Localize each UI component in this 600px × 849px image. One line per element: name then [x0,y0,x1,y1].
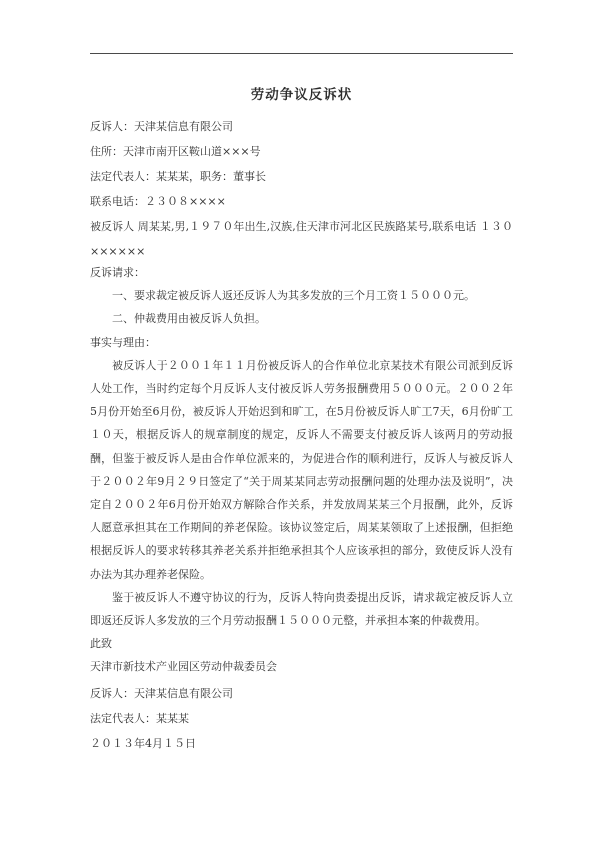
closing-salute: 此致 [90,632,513,655]
facts-paragraph: 被反诉人于２００１年１１月份被反诉人的合作单位北京某技术有限公司派到反诉人处工作… [90,354,513,586]
signature-section: 反诉人：天津某信息有限公司 法定代表人：某某某 ２０１３年4月１５日 [90,682,513,757]
party-line-respondent: 被反诉人 周某某,男,１９７０年出生,汉族,住天津市河北区民族路某号,联系电话 … [90,215,513,265]
party-line-legal-rep: 法定代表人：某某某，职务：董事长 [90,165,513,190]
document-page: 劳动争议反诉状 反诉人：天津某信息有限公司 住所：天津市南开区鞍山道×××号 法… [0,0,600,849]
facts-heading: 事实与理由： [90,331,513,354]
header-rule [90,53,513,54]
party-line-address: 住所：天津市南开区鞍山道×××号 [90,140,513,165]
party-line-counterclaimant: 反诉人：天津某信息有限公司 [90,115,513,140]
closing-recipient: 天津市新技术产业园区劳动仲裁委员会 [90,655,513,678]
claim-item: 二、仲裁费用由被反诉人负担。 [90,307,513,330]
signature-legal-rep: 法定代表人：某某某 [90,707,513,732]
main-body-section: 反诉请求： 一、要求裁定被反诉人返还反诉人为其多发放的三个月工资１５０００元。 … [90,261,513,679]
party-info-section: 反诉人：天津某信息有限公司 住所：天津市南开区鞍山道×××号 法定代表人：某某某… [90,115,513,264]
facts-paragraph: 鉴于被反诉人不遵守协议的行为，反诉人特向贵委提出反诉，请求裁定被反诉人立即返还反… [90,586,513,632]
signature-counterclaimant: 反诉人：天津某信息有限公司 [90,682,513,707]
doc-title: 劳动争议反诉状 [90,83,513,103]
claim-item: 一、要求裁定被反诉人返还反诉人为其多发放的三个月工资１５０００元。 [90,284,513,307]
signature-date: ２０１３年4月１５日 [90,732,513,757]
claims-heading: 反诉请求： [90,261,513,284]
party-line-phone: 联系电话：２３０８×××× [90,190,513,215]
